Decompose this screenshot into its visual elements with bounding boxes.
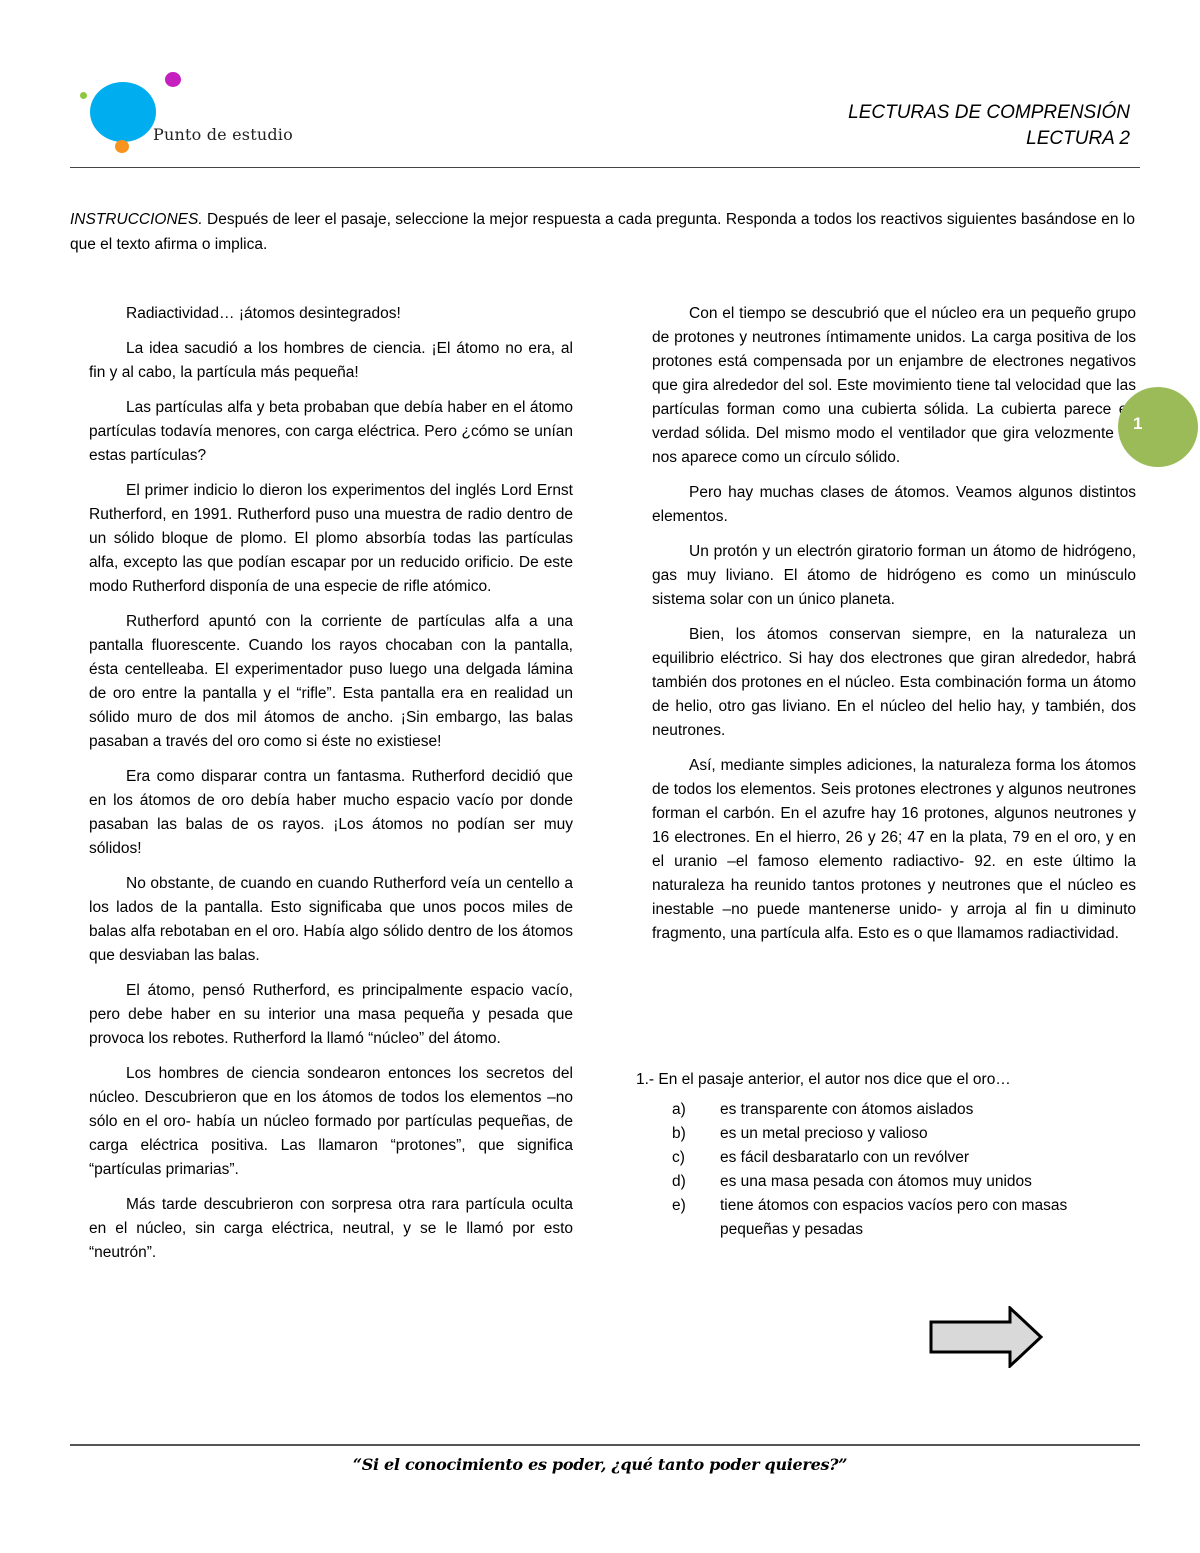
- instructions: INSTRUCCIONES. Después de leer el pasaje…: [70, 207, 1135, 257]
- page-header-title: LECTURAS DE COMPRENSIÓN LECTURA 2: [848, 100, 1130, 152]
- answer-option-c[interactable]: c) es fácil desbaratarlo con un revólver: [636, 1146, 1136, 1170]
- option-letter: e): [636, 1194, 720, 1242]
- instructions-label: INSTRUCCIONES.: [70, 211, 203, 228]
- option-letter: c): [636, 1146, 720, 1170]
- option-letter: b): [636, 1122, 720, 1146]
- next-page-button[interactable]: [928, 1306, 1044, 1368]
- paragraph: Era como disparar contra un fantasma. Ru…: [89, 765, 573, 861]
- paragraph: El átomo, pensó Rutherford, es principal…: [89, 979, 573, 1051]
- logo: Punto de estudio: [70, 70, 330, 160]
- paragraph: Pero hay muchas clases de átomos. Veamos…: [652, 481, 1136, 529]
- paragraph: Las partículas alfa y beta probaban que …: [89, 396, 573, 468]
- footer-divider: [70, 1444, 1140, 1446]
- paragraph: Bien, los átomos conservan siempre, en l…: [652, 623, 1136, 743]
- logo-blue-circle: [90, 82, 156, 142]
- header-divider: [70, 167, 1140, 168]
- option-text: es transparente con átomos aislados: [720, 1098, 1120, 1122]
- logo-orange-dot: [115, 140, 129, 153]
- answer-options: a) es transparente con átomos aislados b…: [636, 1098, 1136, 1242]
- paragraph: No obstante, de cuando en cuando Rutherf…: [89, 872, 573, 968]
- paragraph: Más tarde descubrieron con sorpresa otra…: [89, 1193, 573, 1265]
- answer-option-e[interactable]: e) tiene átomos con espacios vacíos pero…: [636, 1194, 1136, 1242]
- answer-option-a[interactable]: a) es transparente con átomos aislados: [636, 1098, 1136, 1122]
- paragraph: El primer indicio lo dieron los experime…: [89, 479, 573, 599]
- reading-left-column: Radiactividad… ¡átomos desintegrados! La…: [89, 302, 573, 1276]
- paragraph: Los hombres de ciencia sondearon entonce…: [89, 1062, 573, 1182]
- reading-right-column: Con el tiempo se descubrió que el núcleo…: [652, 302, 1136, 957]
- header-title-line2: LECTURA 2: [848, 126, 1130, 152]
- answer-option-b[interactable]: b) es un metal precioso y valioso: [636, 1122, 1136, 1146]
- footer-quote: “Si el conocimiento es poder, ¿qué tanto…: [0, 1455, 1200, 1474]
- logo-text: Punto de estudio: [153, 125, 293, 144]
- arrow-right-icon: [928, 1306, 1044, 1368]
- option-letter: d): [636, 1170, 720, 1194]
- option-text: es fácil desbaratarlo con un revólver: [720, 1146, 1120, 1170]
- instructions-text: Después de leer el pasaje, seleccione la…: [70, 211, 1135, 253]
- logo-green-dot: [80, 92, 87, 99]
- question-1: 1.- En el pasaje anterior, el autor nos …: [636, 1068, 1136, 1242]
- option-text: es una masa pesada con átomos muy unidos: [720, 1170, 1120, 1194]
- option-letter: a): [636, 1098, 720, 1122]
- paragraph: Con el tiempo se descubrió que el núcleo…: [652, 302, 1136, 470]
- option-text: tiene átomos con espacios vacíos pero co…: [720, 1194, 1120, 1242]
- answer-option-d[interactable]: d) es una masa pesada con átomos muy uni…: [636, 1170, 1136, 1194]
- option-text: es un metal precioso y valioso: [720, 1122, 1120, 1146]
- page-number-badge: 1: [1118, 387, 1198, 467]
- paragraph: Rutherford apuntó con la corriente de pa…: [89, 610, 573, 754]
- header-title-line1: LECTURAS DE COMPRENSIÓN: [848, 100, 1130, 126]
- page-number: 1: [1133, 414, 1142, 434]
- logo-magenta-dot: [165, 72, 181, 87]
- paragraph: Un protón y un electrón giratorio forman…: [652, 540, 1136, 612]
- paragraph: La idea sacudió a los hombres de ciencia…: [89, 337, 573, 385]
- paragraph: Así, mediante simples adiciones, la natu…: [652, 754, 1136, 946]
- paragraph: Radiactividad… ¡átomos desintegrados!: [89, 302, 573, 326]
- question-text: 1.- En el pasaje anterior, el autor nos …: [636, 1068, 1136, 1092]
